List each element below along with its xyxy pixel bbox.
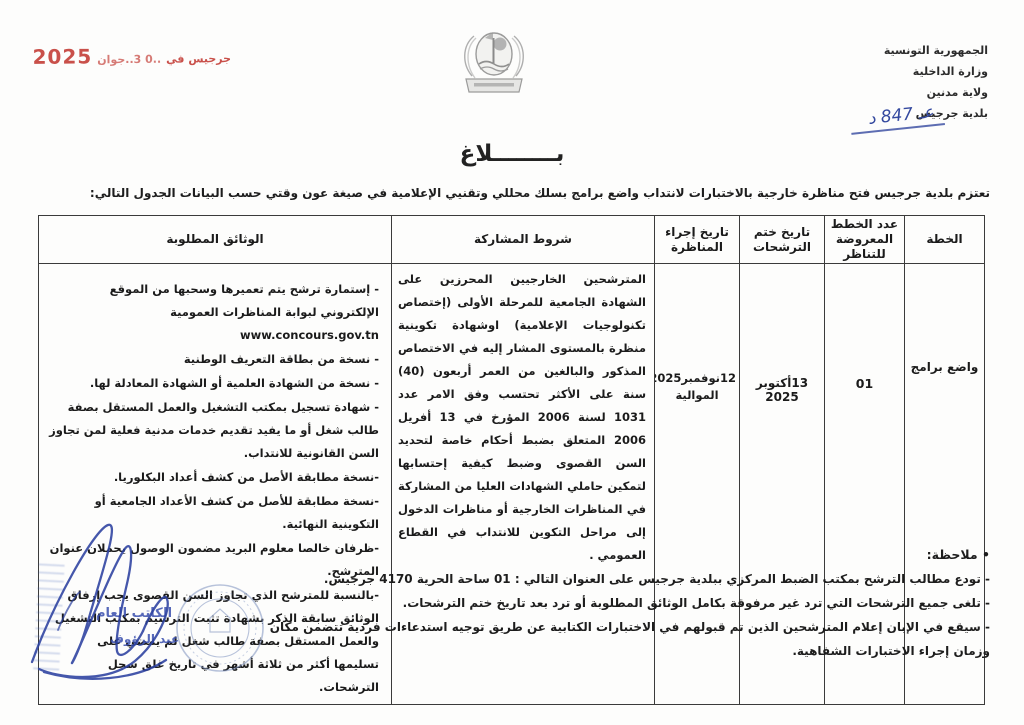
document-item: -نسخة مطابقة الأصل من كشف أعداد البكلوري… — [49, 466, 379, 489]
letterhead-governorate: ولاية مدنين — [884, 82, 988, 103]
notes-label: • ملاحظة: — [230, 543, 990, 567]
header-closing-date: تاريخ ختم الترشحات — [740, 216, 825, 264]
note-item: - تلغى جميع الترشحات التي ترد غير مرفوقة… — [230, 591, 990, 615]
letterhead-republic: الجمهورية التونسية — [884, 40, 988, 61]
letterhead-ministry: وزارة الداخلية — [884, 61, 988, 82]
document-item: - شهادة تسجيل بمكتب التشغيل والعمل المست… — [49, 396, 379, 465]
date-stamp-day-month: ..0 3..جوان — [97, 53, 161, 67]
document-title: بــــــــلاغ — [0, 141, 1024, 167]
handwritten-ref-number: عـ 847 د — [849, 101, 945, 135]
scanned-announcement-page: جرجيس في ..0 3..جوان 2025 — [0, 0, 1024, 725]
intro-paragraph: تعتزم بلدية جرجيس فتح مناظرة خارجية بالا… — [20, 186, 990, 200]
header-count: عدد الخطط المعروضة للتناظر — [825, 216, 905, 264]
municipal-emblem-logo — [452, 24, 536, 108]
table-header-row: الخطة عدد الخطط المعروضة للتناظر تاريخ خ… — [39, 216, 985, 264]
header-conditions: شروط المشاركة — [392, 216, 655, 264]
note-item: - سيقع في الإبان إعلام المترشحين الذين ت… — [230, 615, 990, 663]
document-item: -نسخة مطابقة للأصل من كشف الأعداد الجامع… — [49, 490, 379, 536]
header-position: الخطة — [905, 216, 985, 264]
notes-section: • ملاحظة: - تودع مطالب الترشح بمكتب الضب… — [230, 543, 990, 663]
document-item: - نسخة من الشهادة العلمية أو الشهادة الم… — [49, 372, 379, 395]
note-item: - تودع مطالب الترشح بمكتب الضبط المركزي … — [230, 567, 990, 591]
document-item: - نسخة من بطاقة التعريف الوطنية — [49, 348, 379, 371]
header-documents: الوثائق المطلوبة — [39, 216, 392, 264]
date-stamp-place: جرجيس في — [166, 52, 231, 66]
date-stamp-year: 2025 — [32, 44, 92, 69]
header-exam-date: تاريخ إجراء المناظرة — [655, 216, 740, 264]
document-item: - إستمارة ترشح يتم تعميرها وسحبها من الم… — [49, 278, 379, 347]
date-stamp: جرجيس في ..0 3..جوان 2025 — [26, 43, 231, 69]
